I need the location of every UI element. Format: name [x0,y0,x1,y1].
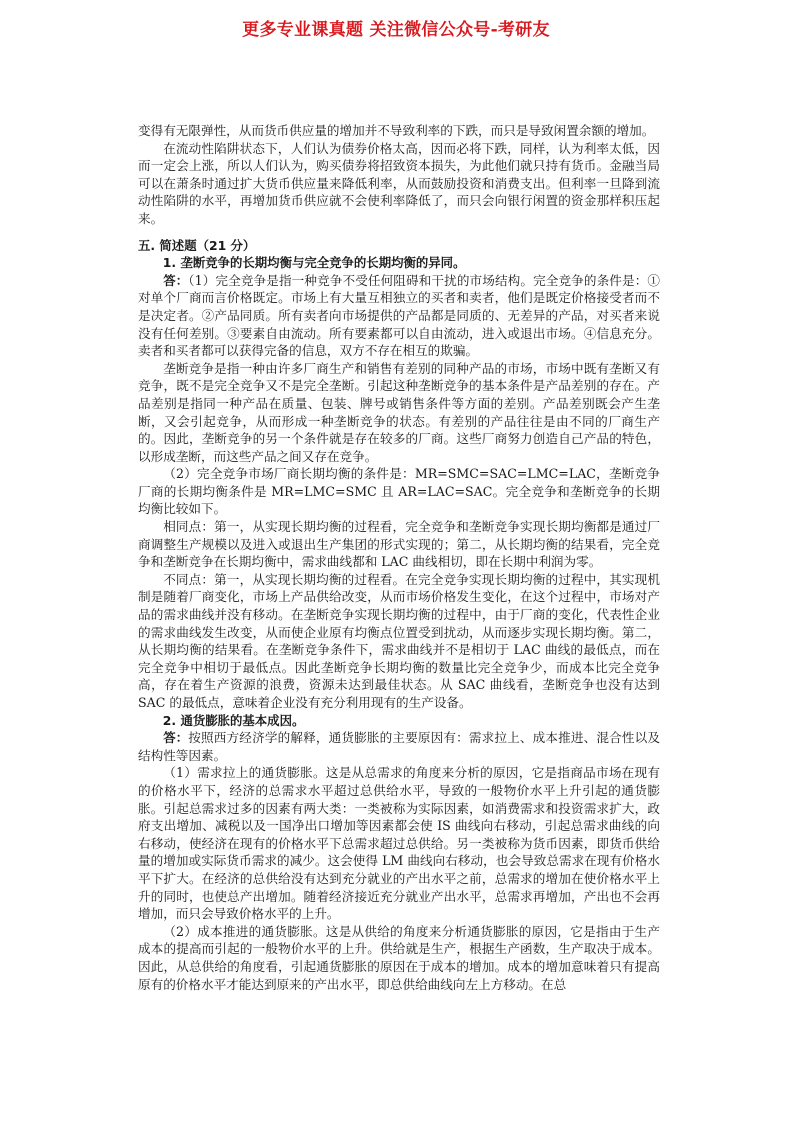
question-1-answer-part2: 垄断竞争是指一种由许多厂商生产和销售有差别的同种产品的市场，市场中既有垄断又有竞… [138,360,660,466]
question-2-cost-push: （2）成本推进的通货膨胀。这是从供给的角度来分析通货膨胀的原因，它是指由于生产成… [138,923,660,993]
answer-text: （1）完全竞争是指一种竞争不受任何阻碍和干扰的市场结构。完全竞争的条件是：①对单… [138,273,660,358]
answer-text: 按照西方经济学的解释，通货膨胀的主要原因有：需求拉上、成本推进、混合性以及结构性… [138,730,660,763]
answer-label: 答： [163,730,188,745]
promo-banner: 更多专业课真题 关注微信公众号-考研友 [0,15,792,40]
question-2-answer-intro: 答：按照西方经济学的解释，通货膨胀的主要原因有：需求拉上、成本推进、混合性以及结… [138,729,660,764]
answer-label: 答： [163,273,188,288]
question-1-answer-part1: 答：（1）完全竞争是指一种竞争不受任何阻碍和干扰的市场结构。完全竞争的条件是：①… [138,272,660,360]
document-body: 变得有无限弹性，从而货币供应量的增加并不导致利率的下跌，而只是导致闲置余额的增加… [138,122,660,993]
question-1-differences: 不同点：第一，从实现长期均衡的过程看。在完全竞争实现长期均衡的过程中，其实现机制… [138,571,660,712]
section-heading: 五. 简述题（21 分） [138,237,660,255]
question-2-title: 2. 通货膨胀的基本成因。 [138,712,660,730]
question-1-similarities: 相同点：第一，从实现长期均衡的过程看，完全竞争和垄断竞争实现长期均衡都是通过厂商… [138,518,660,571]
paragraph-liquidity-trap: 在流动性陷阱状态下，人们认为债券价格太高，因而必将下跌，同样，认为利率太低，因而… [138,140,660,228]
question-1-title: 1. 垄断竞争的长期均衡与完全竞争的长期均衡的异同。 [138,254,660,272]
question-1-answer-part3: （2）完全竞争市场厂商长期均衡的条件是：MR=SMC=SAC=LMC=LAC，垄… [138,465,660,518]
question-2-demand-pull: （1）需求拉上的通货膨胀。这是从总需求的角度来分析的原因，它是指商品市场在现有的… [138,764,660,922]
paragraph-liquidity-end: 变得有无限弹性，从而货币供应量的增加并不导致利率的下跌，而只是导致闲置余额的增加… [138,122,660,140]
